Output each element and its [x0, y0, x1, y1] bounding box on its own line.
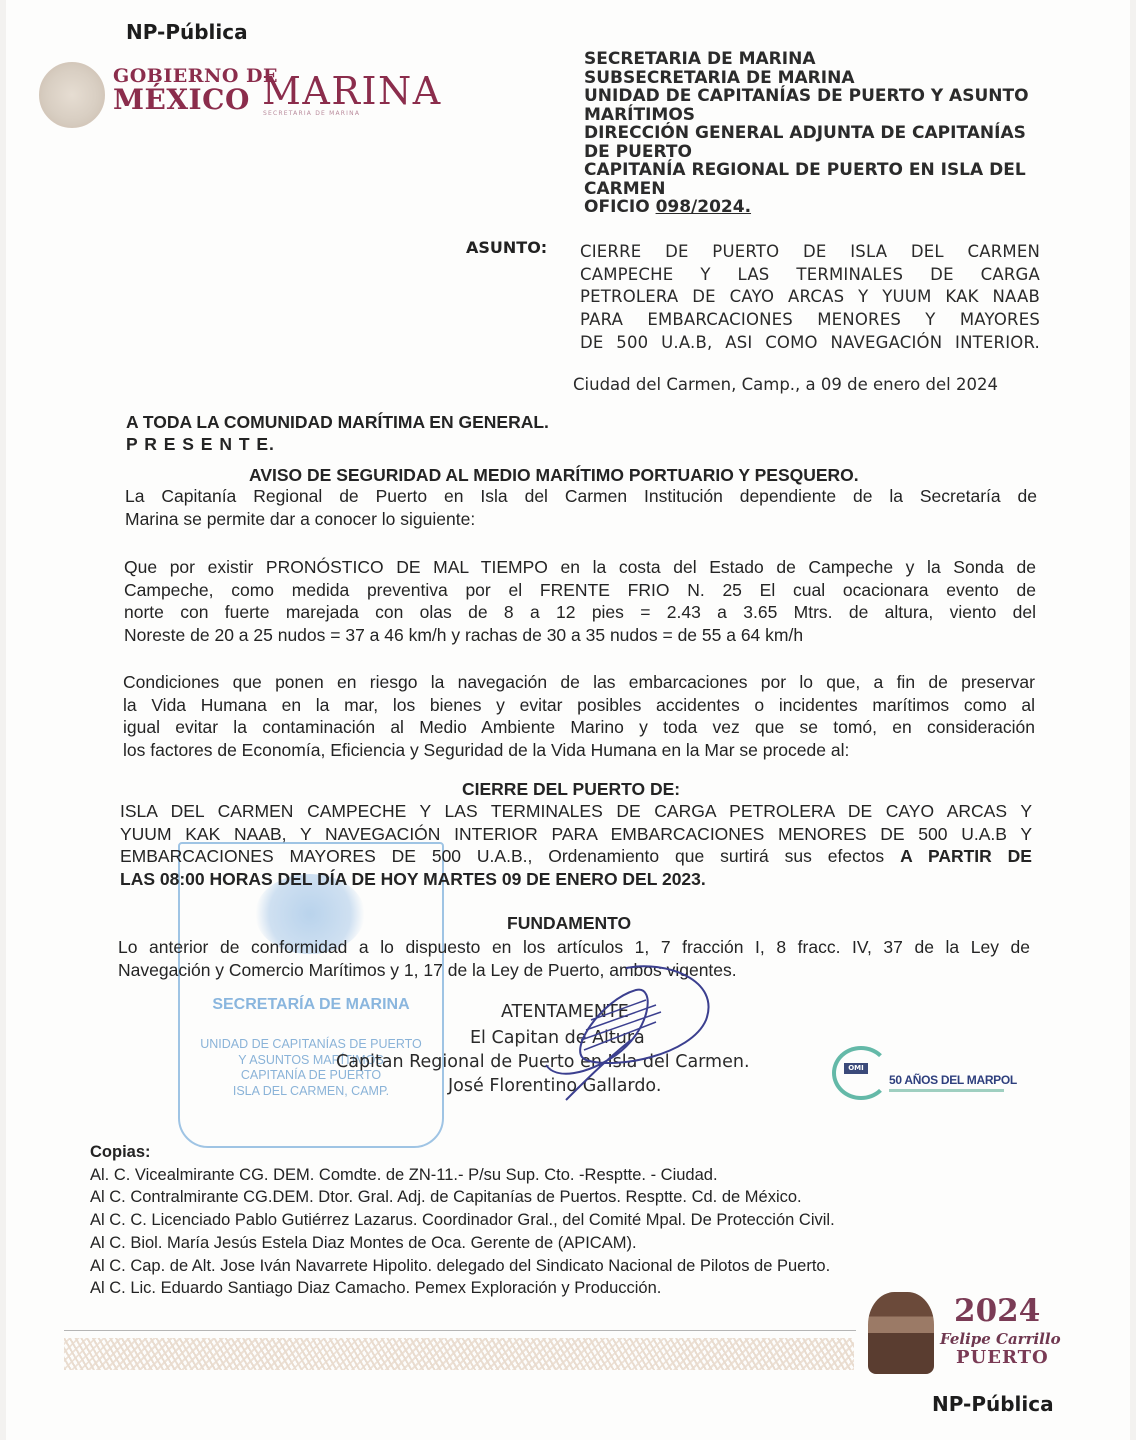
- asunto-line: DE 500 U.A.B, ASI COMO NAVEGACIÓN INTERI…: [580, 332, 1040, 355]
- paragraph-line: Marina se permite dar a conocer lo sigui…: [125, 508, 1037, 531]
- stamp-title: SECRETARÍA DE MARINA: [180, 996, 442, 1014]
- closure-line3-text: EMBARCACIONES MAYORES DE 500 U.A.B., Ord…: [120, 846, 900, 866]
- felipe-carrillo-text: Felipe Carrillo: [940, 1330, 1061, 1348]
- asunto-line: CAMPECHE Y LAS TERMINALES DE CARGA: [580, 264, 1040, 287]
- copy-recipient: Al C. Biol. María Jesús Estela Diaz Mont…: [90, 1232, 835, 1255]
- stamp-line: ISLA DEL CARMEN, CAMP.: [180, 1084, 442, 1100]
- closure-title: CIERRE DEL PUERTO DE:: [462, 779, 680, 800]
- notice-title: AVISO DE SEGURIDAD AL MEDIO MARÍTIMO POR…: [249, 465, 859, 486]
- header-line: DIRECCIÓN GENERAL ADJUNTA DE CAPITANÍAS: [584, 124, 1054, 143]
- closure-effective-date: LAS 08:00 HORAS DEL DÍA DE HOY MARTES 09…: [120, 868, 1032, 891]
- fundamento-title: FUNDAMENTO: [507, 913, 631, 934]
- marpol-underline: [889, 1089, 1004, 1092]
- header-line: UNIDAD DE CAPITANÍAS DE PUERTO Y ASUNTO: [584, 87, 1054, 106]
- puerto-text: PUERTO: [956, 1347, 1049, 1368]
- header-line: CAPITANÍA REGIONAL DE PUERTO EN ISLA DEL: [584, 161, 1054, 180]
- omi-badge: OMI: [844, 1063, 868, 1074]
- asunto-line: CIERRE DE PUERTO DE ISLA DEL CARMEN: [580, 241, 1040, 264]
- asunto-label: ASUNTO:: [466, 238, 547, 257]
- copy-recipient: Al C. Contralmirante CG.DEM. Dtor. Gral.…: [90, 1186, 835, 1209]
- header-line: DE PUERTO: [584, 143, 1054, 162]
- intro-paragraph: La Capitanía Regional de Puerto en Isla …: [125, 485, 1037, 530]
- header-line: SECRETARIA DE MARINA: [584, 50, 1054, 69]
- copy-recipient: Al C. Cap. de Alt. Jose Iván Navarrete H…: [90, 1255, 835, 1278]
- copy-recipient: Al C. Lic. Eduardo Santiago Diaz Camacho…: [90, 1277, 835, 1300]
- oficio-label: OFICIO: [584, 197, 656, 217]
- document-page: NP-Pública GOBIERNO DE MÉXICO MARINA SEC…: [6, 0, 1130, 1440]
- document-date: Ciudad del Carmen, Camp., a 09 de enero …: [573, 375, 998, 394]
- paragraph-line: los factores de Economía, Eficiencia y S…: [123, 739, 1035, 762]
- paragraph-line: Noreste de 20 a 25 nudos = 37 a 46 km/h …: [124, 624, 1036, 647]
- copies-list: Copias: Al. C. Vicealmirante CG. DEM. Co…: [90, 1141, 835, 1300]
- gobierno-logo: GOBIERNO DE MÉXICO: [113, 67, 278, 114]
- header-line: MARÍTIMOS: [584, 106, 1054, 125]
- asunto-line: PETROLERA DE CAYO ARCAS Y YUUM KAK NAAB: [580, 286, 1040, 309]
- header-line: SUBSECRETARIA DE MARINA: [584, 69, 1054, 88]
- forecast-paragraph: Que por existir PRONÓSTICO DE MAL TIEMPO…: [124, 556, 1036, 646]
- asunto-line: PARA EMBARCACIONES MENORES Y MAYORES: [580, 309, 1040, 332]
- paragraph-line: Que por existir PRONÓSTICO DE MAL TIEMPO…: [124, 556, 1036, 579]
- asunto-text: CIERRE DE PUERTO DE ISLA DEL CARMEN CAMP…: [580, 241, 1040, 355]
- paragraph-line: norte con fuerte marejada con olas de 8 …: [124, 601, 1036, 624]
- paragraph-line: EMBARCACIONES MAYORES DE 500 U.A.B., Ord…: [120, 845, 1032, 868]
- presente: P R E S E N T E.: [126, 434, 275, 455]
- closure-line3-bold: A PARTIR DE: [900, 846, 1032, 866]
- oficio-number: OFICIO 098/2024.: [584, 198, 1054, 217]
- paragraph-line: igual evitar la contaminación al Medio A…: [123, 716, 1035, 739]
- gobierno-line2: MÉXICO: [113, 86, 278, 114]
- classification-top: NP-Pública: [126, 20, 248, 44]
- copies-title: Copias:: [90, 1141, 835, 1164]
- marpol-text: 50 AÑOS DEL MARPOL: [889, 1073, 1017, 1087]
- paragraph-line: YUUM KAK NAAB, Y NAVEGACIÓN INTERIOR PAR…: [120, 823, 1032, 846]
- copy-recipient: Al. C. Vicealmirante CG. DEM. Comdte. de…: [90, 1164, 835, 1187]
- paragraph-line: Campeche, como medida preventiva por el …: [124, 579, 1036, 602]
- copy-recipient: Al C. C. Licenciado Pablo Gutiérrez Laza…: [90, 1209, 835, 1232]
- paragraph-line: Condiciones que ponen en riesgo la naveg…: [123, 671, 1035, 694]
- stamp-line: UNIDAD DE CAPITANÍAS DE PUERTO: [180, 1037, 442, 1053]
- paragraph-line: La Capitanía Regional de Puerto en Isla …: [125, 485, 1037, 508]
- classification-bottom: NP-Pública: [932, 1392, 1054, 1416]
- footer-pattern: [64, 1338, 854, 1370]
- letterhead: SECRETARIA DE MARINA SUBSECRETARIA DE MA…: [584, 50, 1054, 217]
- handwritten-signature-icon: [506, 960, 726, 1110]
- conditions-paragraph: Condiciones que ponen en riesgo la naveg…: [123, 671, 1035, 761]
- paragraph-line: ISLA DEL CARMEN CAMPECHE Y LAS TERMINALE…: [120, 800, 1032, 823]
- oficio-value: 098/2024.: [656, 197, 751, 217]
- paragraph-line: Lo anterior de conformidad a lo dispuest…: [118, 936, 1030, 959]
- addressee: A TODA LA COMUNIDAD MARÍTIMA EN GENERAL.: [126, 412, 549, 433]
- marina-logo: MARINA: [262, 72, 442, 110]
- marina-logo-sub: SECRETARIA DE MARINA: [263, 110, 360, 117]
- portrait-image: [868, 1292, 934, 1374]
- header-line: CARMEN: [584, 180, 1054, 199]
- footer-rule: [64, 1330, 856, 1331]
- year-logo: 2024: [954, 1296, 1040, 1327]
- paragraph-line: la Vida Humana en la mar, los bienes y e…: [123, 694, 1035, 717]
- closure-paragraph: ISLA DEL CARMEN CAMPECHE Y LAS TERMINALE…: [120, 800, 1032, 890]
- coat-of-arms-icon: [39, 62, 105, 128]
